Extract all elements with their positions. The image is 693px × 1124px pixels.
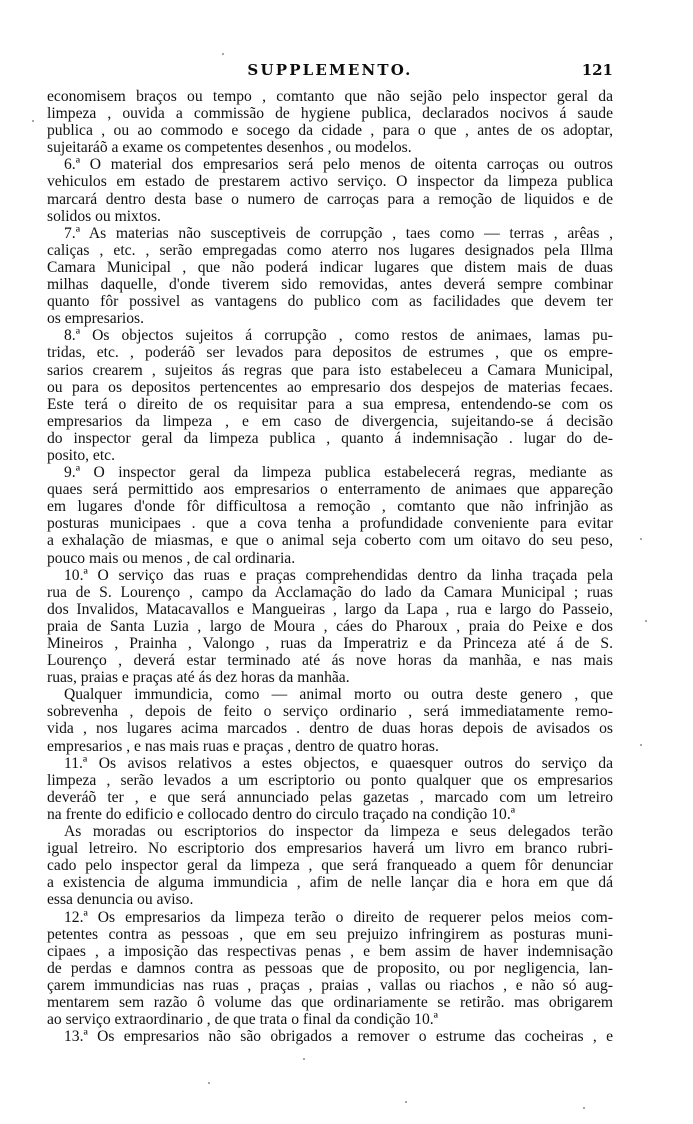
text-line: cipaes , a imposição das respectivas pen… (47, 943, 613, 960)
text-line: Camara Municipal , que não poderá indica… (47, 259, 613, 276)
text-line: empresarios , e nas mais ruas e praças ,… (47, 738, 613, 755)
text-line: vida , nos lugares acima marcados . dent… (47, 720, 613, 737)
text-line: empresarios da limpeza , e em caso de di… (47, 413, 613, 430)
text-line: os empresarios. (47, 310, 613, 327)
text-line: a existencia de alguma immundicia , afim… (47, 874, 613, 891)
page-number: 121 (582, 61, 613, 79)
text-line: mentarem sem razão ô volume das que ordi… (47, 994, 613, 1011)
text-line: a exhalação de miasmas, e que o animal s… (47, 532, 613, 549)
text-line: sobrevenha , depois de feito o serviço o… (47, 703, 613, 720)
text-line: 7.ª As materias não susceptiveis de corr… (47, 225, 613, 242)
paragraph-condition-5-continued: economisem braços ou tempo , comtanto qu… (47, 88, 613, 156)
text-line: limpeza , ouvida a commissão de hygiene … (47, 105, 613, 122)
text-line: quaes será permittido aos empresarios o … (47, 481, 613, 498)
text-line: marcará dentro desta base o numero de ca… (47, 191, 613, 208)
scan-speck (640, 538, 642, 540)
text-line: em lugares d'onde fôr difficultosa a rem… (47, 498, 613, 515)
text-line: sujeitaráõ a exame os competentes desenh… (47, 139, 613, 156)
paragraph-condition-7: 7.ª As materias não susceptiveis de corr… (47, 225, 613, 328)
text-line: limpeza , serão levados a um escriptorio… (47, 772, 613, 789)
text-line: ruas, praias e praças até ás dez horas d… (47, 669, 613, 686)
document-page: SUPPLEMENTO. 121 economisem braços ou te… (0, 0, 693, 1124)
text-line: Qualquer immundicia, como — animal morto… (47, 686, 613, 703)
scan-speck (222, 53, 224, 55)
text-line: posito, etc. (47, 447, 613, 464)
paragraph-condition-8: 8.ª Os objectos sujeitos á corrupção , c… (47, 327, 613, 464)
text-line: çarem immundicias nas ruas , praças , pr… (47, 977, 613, 994)
text-line: 9.ª O inspector geral da limpeza publica… (47, 464, 613, 481)
scan-speck (32, 120, 34, 122)
paragraph-condition-12: 12.ª Os empresarios da limpeza terão o d… (47, 909, 613, 1029)
text-line: ou para os depositos pertencentes ao emp… (47, 379, 613, 396)
text-line: solidos ou mixtos. (47, 208, 613, 225)
running-title: SUPPLEMENTO. (47, 61, 613, 79)
text-line: praia de Santa Luzia , largo de Moura , … (47, 618, 613, 635)
text-line: deveráõ ter , e que será annunciado pela… (47, 789, 613, 806)
text-line: sarios crearem , sujeitos ás regras que … (47, 362, 613, 379)
text-line: do inspector geral da limpeza publica , … (47, 430, 613, 447)
text-line: milhas daquelle, d'onde tiverem sido rem… (47, 276, 613, 293)
text-line: quanto fôr possivel as vantagens do publ… (47, 293, 613, 310)
text-line: As moradas ou escriptorios do inspector … (47, 823, 613, 840)
text-line: na frente do edificio e collocado dentro… (47, 806, 613, 823)
text-line: de perdas e damnos contra as pessoas que… (47, 960, 613, 977)
scan-speck (645, 620, 647, 622)
text-line: essa denuncia ou aviso. (47, 891, 613, 908)
paragraph-condition-11: 11.ª Os avisos relativos a estes objecto… (47, 755, 613, 823)
text-line: tridas, etc. , poderáõ ser levados para … (47, 344, 613, 361)
text-line: posturas municipaes . que a cova tenha a… (47, 515, 613, 532)
body-text: economisem braços ou tempo , comtanto qu… (47, 88, 613, 1045)
scan-speck (405, 1101, 407, 1103)
text-line: vehiculos em estado de prestarem activo … (47, 173, 613, 190)
text-line: 11.ª Os avisos relativos a estes objecto… (47, 755, 613, 772)
text-line: economisem braços ou tempo , comtanto qu… (47, 88, 613, 105)
scan-speck (208, 1082, 210, 1084)
text-line: rua de S. Lourenço , campo da Acclamação… (47, 584, 613, 601)
text-line: 10.ª O serviço das ruas e praças compreh… (47, 567, 613, 584)
paragraph-condition-13: 13.ª Os empresarios não são obrigados a … (47, 1028, 613, 1045)
paragraph-condition-6: 6.ª O material dos empresarios será pelo… (47, 156, 613, 224)
text-line: 8.ª Os objectos sujeitos á corrupção , c… (47, 327, 613, 344)
text-line: 6.ª O material dos empresarios será pelo… (47, 156, 613, 173)
text-line: Este terá o direito de os requisitar par… (47, 396, 613, 413)
text-line: Mineiros , Prainha , Valongo , ruas da I… (47, 635, 613, 652)
text-line: igual letreiro. No escriptorio dos empre… (47, 840, 613, 857)
paragraph-condition-11-addendum: As moradas ou escriptorios do inspector … (47, 823, 613, 908)
text-line: Lourenço , deverá estar terminado até ás… (47, 652, 613, 669)
text-line: dos Invalidos, Matacavallos e Mangueiras… (47, 601, 613, 618)
scan-speck (303, 1058, 305, 1060)
scan-speck (640, 744, 642, 746)
text-line: ao serviço extraordinario , de que trata… (47, 1011, 613, 1028)
paragraph-condition-10-addendum: Qualquer immundicia, como — animal morto… (47, 686, 613, 754)
text-line: pouco mais ou menos , de cal ordinaria. (47, 550, 613, 567)
scan-speck (583, 1107, 585, 1109)
text-line: 13.ª Os empresarios não são obrigados a … (47, 1028, 613, 1045)
text-line: petentes contra as pessoas , que em seu … (47, 926, 613, 943)
text-line: 12.ª Os empresarios da limpeza terão o d… (47, 909, 613, 926)
paragraph-condition-9: 9.ª O inspector geral da limpeza publica… (47, 464, 613, 567)
running-head: SUPPLEMENTO. 121 (47, 61, 613, 81)
text-line: cado pelo inspector geral da limpeza , q… (47, 857, 613, 874)
text-line: publica , ou ao commodo e socego da cida… (47, 122, 613, 139)
paragraph-condition-10: 10.ª O serviço das ruas e praças compreh… (47, 567, 613, 687)
text-line: caliças , etc. , serão empregadas como a… (47, 242, 613, 259)
